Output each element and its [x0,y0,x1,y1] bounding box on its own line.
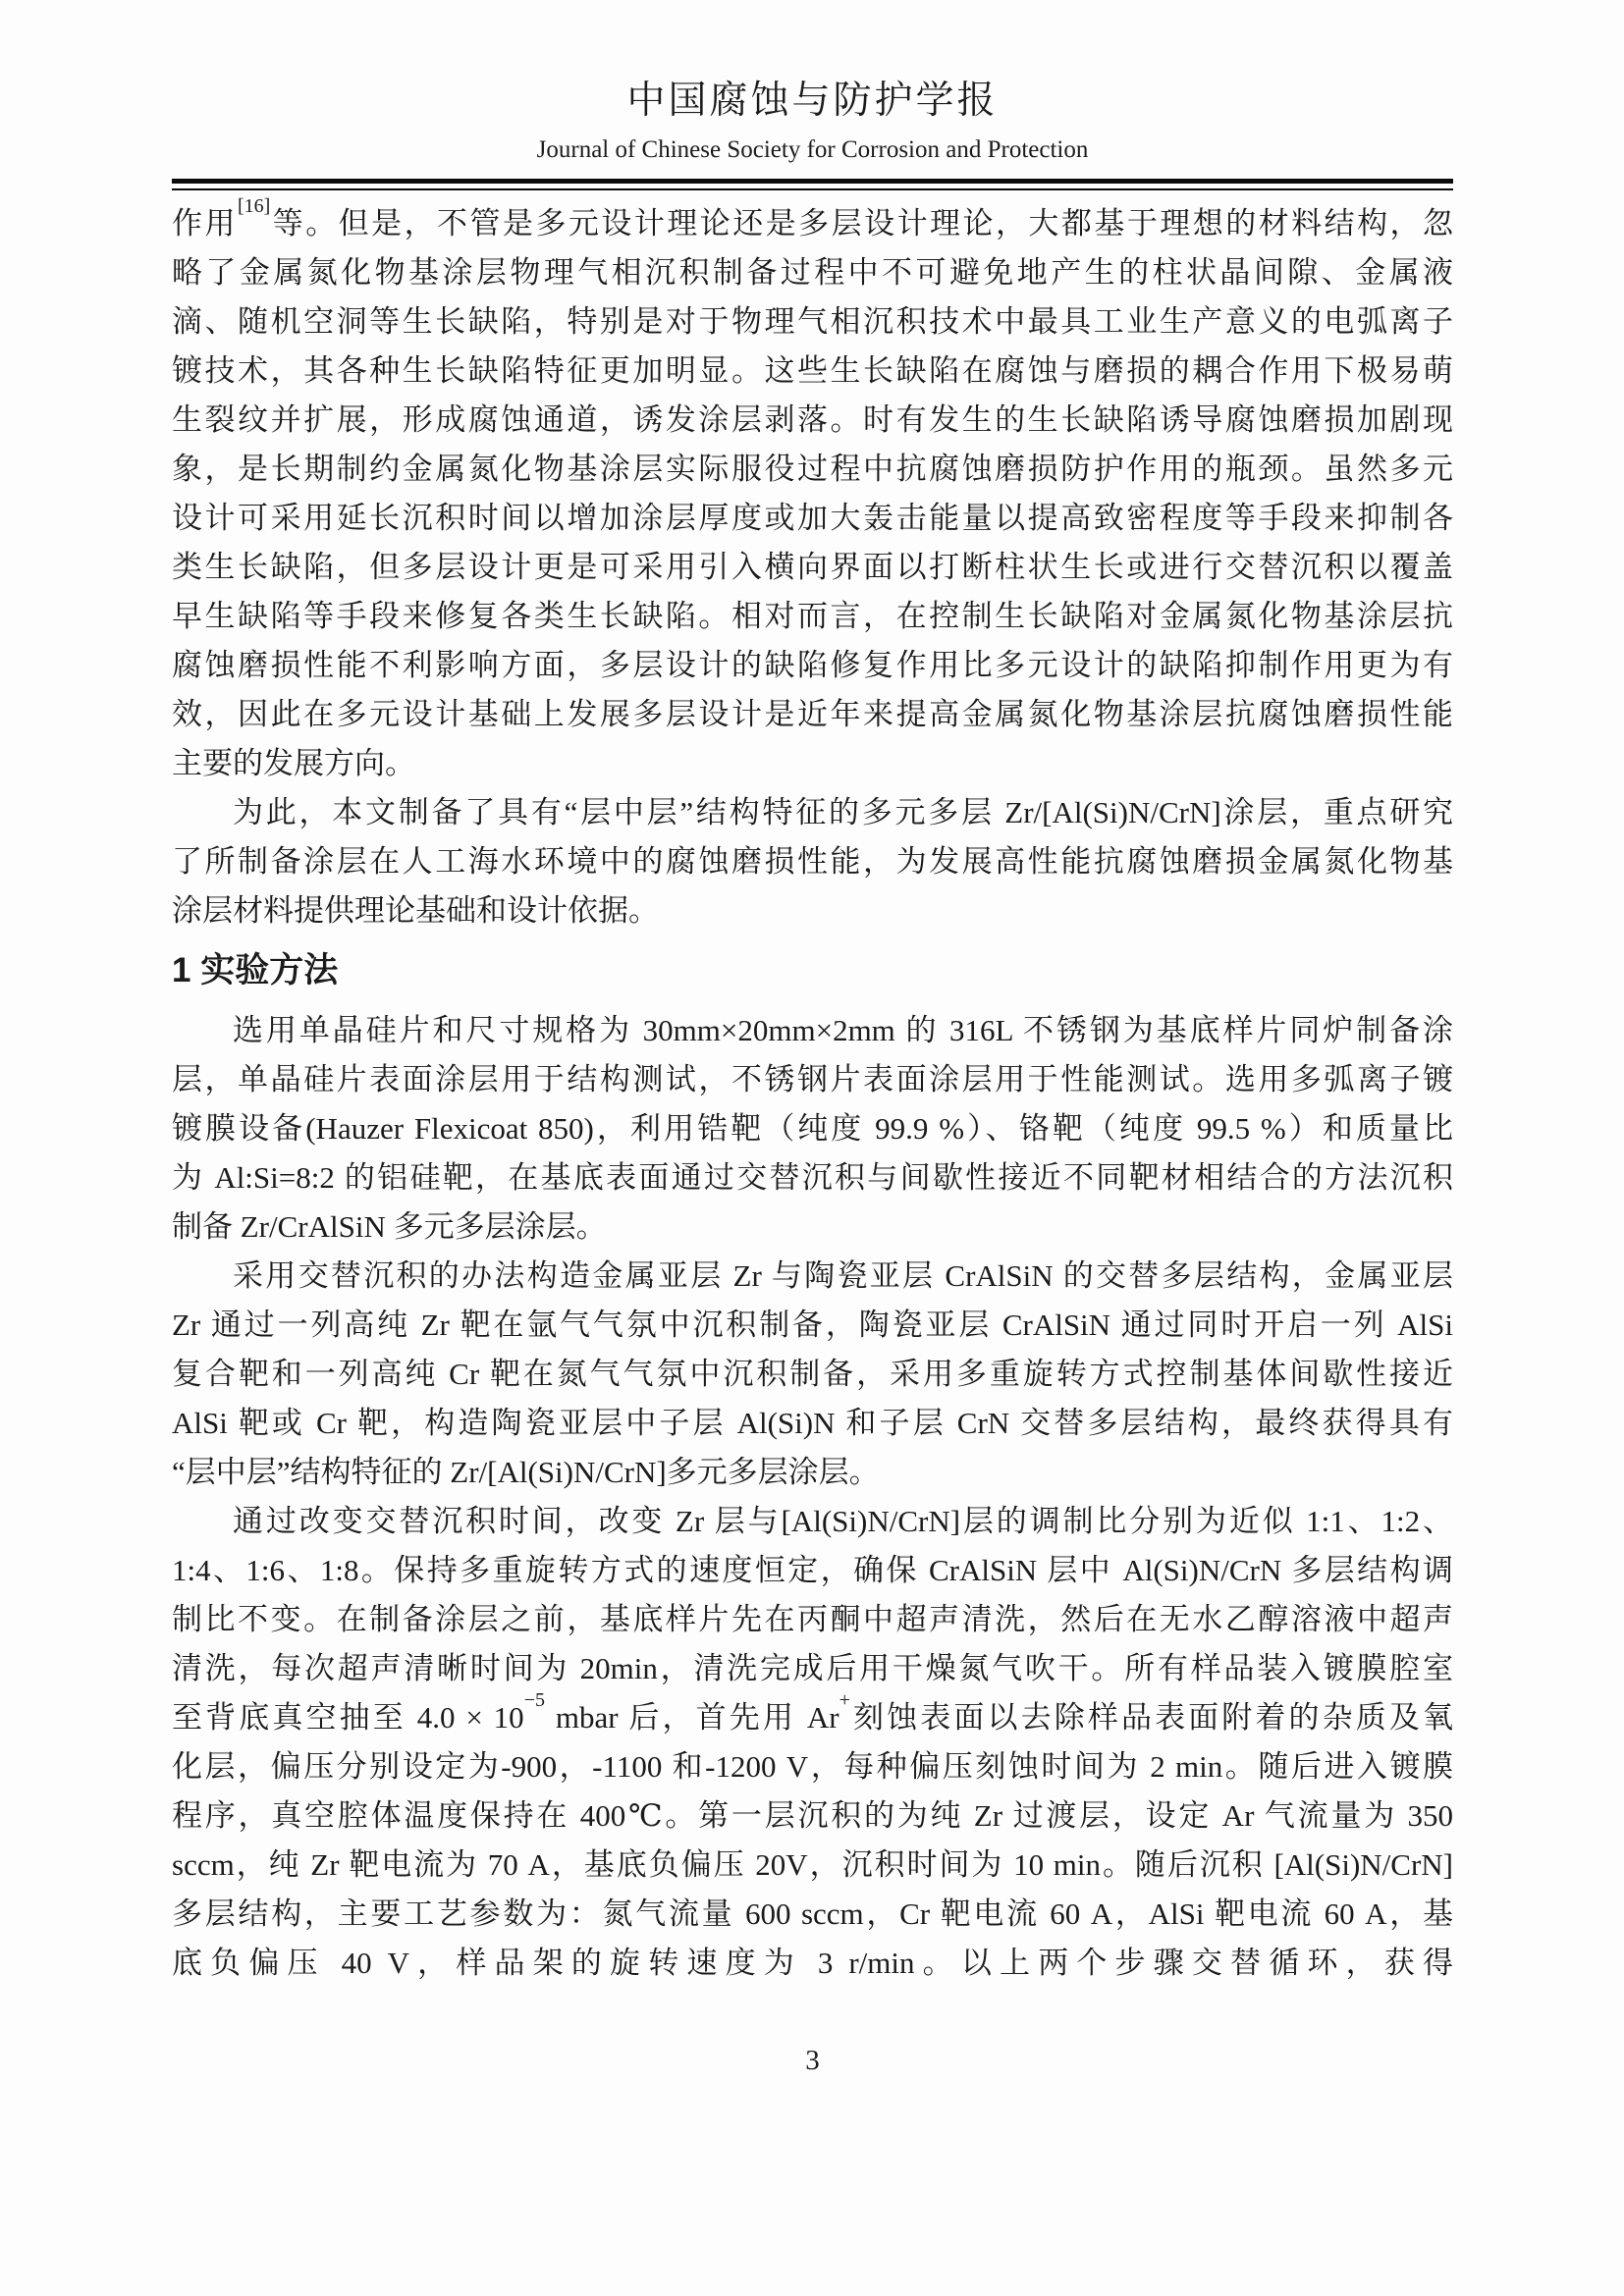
text-line: 效，因此在多元设计基础上发展多层设计是近年来提高金属氮化物基涂层抗腐蚀磨损性能 [172,690,1453,739]
exponent-superscript: −5 [524,1689,545,1711]
line-text: 刻蚀表面以去除样品表面附着的杂质及氧 [850,1700,1453,1735]
text-line: 腐蚀磨损性能不利影响方面，多层设计的缺陷修复作用比多元设计的缺陷抑制作用更为有 [172,641,1453,690]
paragraph-4: 采用交替沉积的办法构造金属亚层 Zr 与陶瓷亚层 CrAlSiN 的交替多层结构… [172,1252,1453,1497]
text-line: 为此，本文制备了具有“层中层”结构特征的多元多层 Zr/[Al(Si)N/CrN… [172,788,1453,837]
text-line: 早生缺陷等手段来修复各类生长缺陷。相对而言，在控制生长缺陷对金属氮化物基涂层抗 [172,592,1453,641]
page-number: 3 [172,2045,1453,2077]
text-line: “层中层”结构特征的 Zr/[Al(Si)N/CrN]多元多层涂层。 [172,1448,1453,1497]
text-line: 镀技术，其各种生长缺陷特征更加明显。这些生长缺陷在腐蚀与磨损的耦合作用下极易萌 [172,347,1453,396]
text-line: 略了金属氮化物基涂层物理气相沉积制备过程中不可避免地产生的柱状晶间隙、金属液 [172,248,1453,297]
text-line: 化层，偏压分别设定为-900，-1100 和-1200 V，每种偏压刻蚀时间为 … [172,1742,1453,1791]
line-text: 等。但是，不管是多元设计理论还是多层设计理论，大都基于理想的材料结构，忽 [270,206,1453,240]
text-line: 层，单晶硅片表面涂层用于结构测试，不锈钢片表面涂层用于性能测试。选用多弧离子镀 [172,1055,1453,1104]
text-line: 至背底真空抽至 4.0 × 10−5 mbar 后，首先用 Ar+刻蚀表面以去除… [172,1693,1453,1742]
text-line: 多层结构，主要工艺参数为：氮气流量 600 sccm，Cr 靶电流 60 A，A… [172,1890,1453,1939]
journal-title-cn: 中国腐蚀与防护学报 [172,77,1453,126]
document-page: 中国腐蚀与防护学报 Journal of Chinese Society for… [0,0,1624,2296]
text-line: Zr 通过一列高纯 Zr 靶在氩气气氛中沉积制备，陶瓷亚层 CrAlSiN 通过… [172,1301,1453,1350]
text-line: 作用[16]等。但是，不管是多元设计理论还是多层设计理论，大都基于理想的材料结构… [172,199,1453,248]
article-body: 作用[16]等。但是，不管是多元设计理论还是多层设计理论，大都基于理想的材料结构… [172,199,1453,1988]
line-text: 作用 [172,206,238,240]
text-line: 象，是长期制约金属氮化物基涂层实际服役过程中抗腐蚀磨损防护作用的瓶颈。虽然多元 [172,445,1453,494]
ion-charge-superscript: + [839,1689,850,1711]
paragraph-1: 作用[16]等。但是，不管是多元设计理论还是多层设计理论，大都基于理想的材料结构… [172,199,1453,788]
line-text: 至背底真空抽至 4.0 × 10 [172,1700,524,1735]
text-line: 清洗，每次超声清晰时间为 20min，清洗完成后用干燥氮气吹干。所有样品装入镀膜… [172,1644,1453,1693]
text-line: 涂层材料提供理论基础和设计依据。 [172,886,1453,935]
text-line: sccm，纯 Zr 靶电流为 70 A，基底负偏压 20V，沉积时间为 10 m… [172,1841,1453,1890]
text-line: 采用交替沉积的办法构造金属亚层 Zr 与陶瓷亚层 CrAlSiN 的交替多层结构… [172,1252,1453,1301]
paragraph-5: 通过改变交替沉积时间，改变 Zr 层与[Al(Si)N/CrN]层的调制比分别为… [172,1497,1453,1988]
text-line: 设计可采用延长沉积时间以增加涂层厚度或加大轰击能量以提高致密程度等手段来抑制各 [172,494,1453,543]
text-line: 滴、随机空洞等生长缺陷，特别是对于物理气相沉积技术中最具工业生产意义的电弧离子 [172,297,1453,347]
text-line: 主要的发展方向。 [172,739,1453,788]
header-rule [172,179,1453,190]
text-line: 1:4、1:6、1:8。保持多重旋转方式的速度恒定，确保 CrAlSiN 层中 … [172,1546,1453,1595]
paragraph-3: 选用单晶硅片和尺寸规格为 30mm×20mm×2mm 的 316L 不锈钢为基底… [172,1006,1453,1252]
text-line: 复合靶和一列高纯 Cr 靶在氮气气氛中沉积制备，采用多重旋转方式控制基体间歇性接… [172,1350,1453,1399]
text-line: 了所制备涂层在人工海水环境中的腐蚀磨损性能，为发展高性能抗腐蚀磨损金属氮化物基 [172,837,1453,886]
text-line: 镀膜设备(Hauzer Flexicoat 850)，利用锆靶（纯度 99.9 … [172,1104,1453,1153]
journal-title-en: Journal of Chinese Society for Corrosion… [172,133,1453,167]
section-heading-experimental-method: 1 实验方法 [172,939,1453,1002]
line-text: mbar 后，首先用 Ar [545,1700,839,1735]
text-line: 选用单晶硅片和尺寸规格为 30mm×20mm×2mm 的 316L 不锈钢为基底… [172,1006,1453,1055]
text-line: 生裂纹并扩展，形成腐蚀通道，诱发涂层剥落。时有发生的生长缺陷诱导腐蚀磨损加剧现 [172,396,1453,445]
paragraph-2: 为此，本文制备了具有“层中层”结构特征的多元多层 Zr/[Al(Si)N/CrN… [172,788,1453,935]
text-line: AlSi 靶或 Cr 靶，构造陶瓷亚层中子层 Al(Si)N 和子层 CrN 交… [172,1399,1453,1448]
text-line: 类生长缺陷，但多层设计更是可采用引入横向界面以打断柱状生长或进行交替沉积以覆盖 [172,543,1453,592]
text-line: 制比不变。在制备涂层之前，基底样片先在丙酮中超声清洗，然后在无水乙醇溶液中超声 [172,1595,1453,1644]
citation-ref: [16] [238,195,270,217]
text-line: 底负偏压 40 V，样品架的旋转速度为 3 r/min。以上两个步骤交替循环，获… [172,1939,1453,1988]
text-line: 通过改变交替沉积时间，改变 Zr 层与[Al(Si)N/CrN]层的调制比分别为… [172,1497,1453,1546]
text-line: 程序，真空腔体温度保持在 400℃。第一层沉积的为纯 Zr 过渡层，设定 Ar … [172,1791,1453,1841]
text-line: 为 Al:Si=8:2 的铝硅靶，在基底表面通过交替沉积与间歇性接近不同靶材相结… [172,1153,1453,1202]
text-line: 制备 Zr/CrAlSiN 多元多层涂层。 [172,1202,1453,1252]
